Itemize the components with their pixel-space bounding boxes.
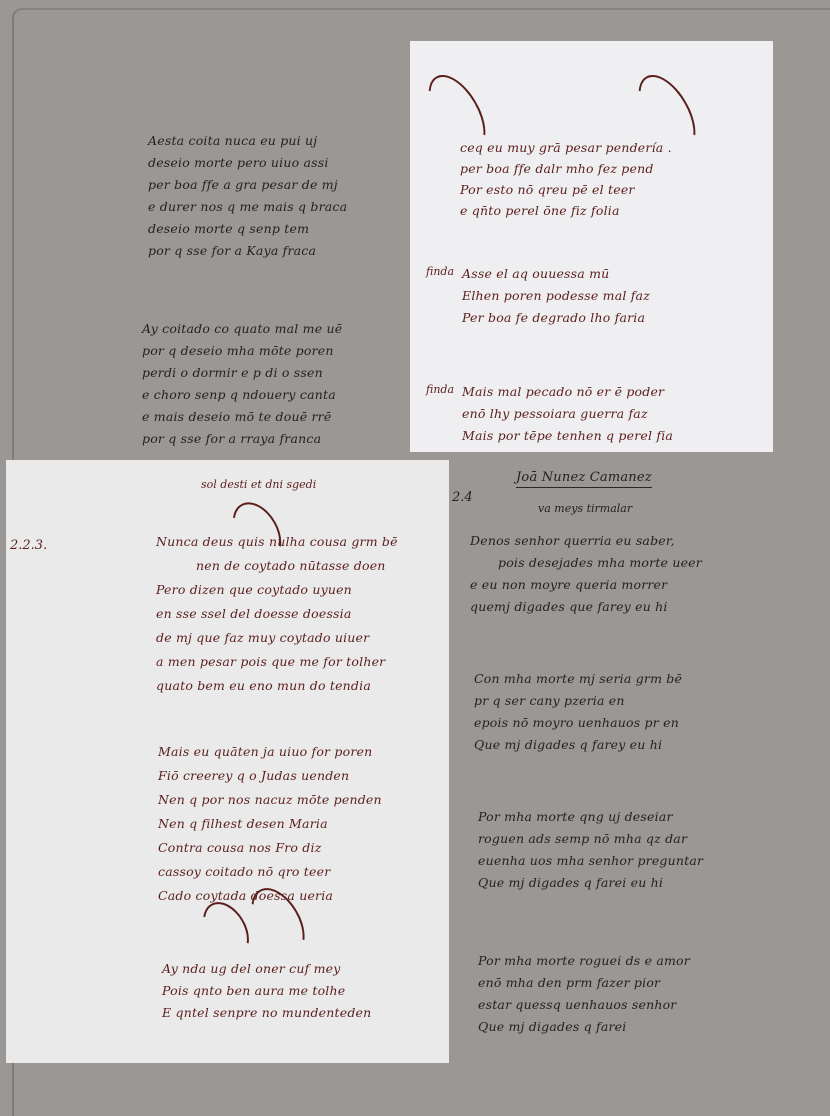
verse-line: e durer nos q me mais q braca — [148, 196, 347, 218]
verse-line: per boa ffe dalr mho fez pend — [460, 158, 672, 179]
upper-right-stanza-3: Mais mal pecado nō er ē poder enō lhy pe… — [462, 381, 673, 447]
lower-right-stanza-1: Denos senhor querria eu saber, pois dese… — [470, 530, 702, 618]
verse-line: epois nō moyro uenhauos pr en — [474, 712, 682, 734]
verse-line: Pois qnto ben aura me tolhe — [162, 980, 371, 1002]
verse-line: Ay nda ug del oner cuf mey — [162, 958, 371, 980]
verse-line: e mais deseio mō te douē rrē — [142, 406, 342, 428]
upper-left-stanza-2: Ay coitado co quato mal me uē por q dese… — [142, 318, 342, 450]
verse-line: Ay coitado co quato mal me uē — [142, 318, 342, 340]
verse-line: pois desejades mha morte ueer — [470, 552, 702, 574]
lower-left-stanza-3: Ay nda ug del oner cuf mey Pois qnto ben… — [162, 958, 371, 1024]
verse-line: enō lhy pessoiara guerra faz — [462, 403, 673, 425]
verse-line: Por esto nō qreu pē el teer — [460, 179, 672, 200]
verse-line: Per boa fe degrado lho faria — [462, 307, 650, 329]
verse-line: por q sse for a rraya franca — [142, 428, 342, 450]
verse-line: Con mha morte mj seria grm bē — [474, 668, 682, 690]
verse-line: Pero dizen que coytado uyuen — [156, 578, 398, 602]
verse-line: Que mj digades q farei eu hi — [478, 872, 703, 894]
author-heading: Joā Nunez Camanez — [516, 470, 652, 488]
verse-line: Contra cousa nos Fro diz — [158, 836, 382, 860]
verse-line: por q sse for a Kaya fraca — [148, 240, 347, 262]
verse-line: quato bem eu eno mun do tendia — [156, 674, 398, 698]
verse-line: Por mha morte roguei ds e amor — [478, 950, 690, 972]
verse-line: por q deseio mha mōte poren — [142, 340, 342, 362]
verse-line: deseio morte pero uiuo assi — [148, 152, 347, 174]
verse-line: roguen ads semp nō mha qz dar — [478, 828, 703, 850]
verse-line: Mais eu quāten ja uiuo for poren — [158, 740, 382, 764]
verse-line: Asse el aq ouuessa mū — [462, 263, 650, 285]
upper-right-stanza-1: ceq eu muy grā pesar pendería . per boa … — [460, 137, 672, 221]
verse-line: estar quessq uenhauos senhor — [478, 994, 690, 1016]
margin-note-finda: finda — [426, 383, 454, 396]
verse-line: Nen q filhest desen Maria — [158, 812, 382, 836]
verse-line: e qn̄to perel ōne fiz folia — [460, 200, 672, 221]
verse-line: Que mj digades q farey eu hi — [474, 734, 682, 756]
lower-right-stanza-3: Por mha morte qng uj deseiar roguen ads … — [478, 806, 703, 894]
verse-line: Elhen poren podesse mal faz — [462, 285, 650, 307]
verse-line: Aesta coita nuca eu pui uj — [148, 130, 347, 152]
number-label: 2.2.3. — [10, 538, 47, 553]
verse-line: en sse ssel del doesse doessia — [156, 602, 398, 626]
subheading: va meys tirmalar — [538, 502, 632, 515]
verse-line: perdi o dormir e p di o ssen — [142, 362, 342, 384]
verse-line: Denos senhor querria eu saber, — [470, 530, 702, 552]
verse-line: per boa ffe a gra pesar de mj — [148, 174, 347, 196]
verse-line: Nunca deus quis nulha cousa grm bē — [156, 530, 398, 554]
verse-line: ceq eu muy grā pesar pendería . — [460, 137, 672, 158]
verse-line: deseio morte q senp tem — [148, 218, 347, 240]
verse-line: Fiō creerey q o Judas uenden — [158, 764, 382, 788]
upper-right-stanza-2: Asse el aq ouuessa mū Elhen poren podess… — [462, 263, 650, 329]
verse-line: Por mha morte qng uj deseiar — [478, 806, 703, 828]
number-label: 2.4 — [452, 490, 473, 505]
verse-line: pr q ser cany pzeria en — [474, 690, 682, 712]
verse-line: Nen q por nos nacuz mōte penden — [158, 788, 382, 812]
verse-line: de mj que faz muy coytado uiuer — [156, 626, 398, 650]
verse-line: a men pesar pois que me for tolher — [156, 650, 398, 674]
verse-line: euenha uos mha senhor preguntar — [478, 850, 703, 872]
lower-left-stanza-2: Mais eu quāten ja uiuo for poren Fiō cre… — [158, 740, 382, 908]
lower-left-stanza-1: Nunca deus quis nulha cousa grm bē nen d… — [156, 530, 398, 698]
verse-line: Mais por tēpe tenhen q perel fia — [462, 425, 673, 447]
verse-line: Que mj digades q farei — [478, 1016, 690, 1038]
lower-right-stanza-2: Con mha morte mj seria grm bē pr q ser c… — [474, 668, 682, 756]
margin-note-finda: finda — [426, 265, 454, 278]
verse-line: e choro senp q ndouery canta — [142, 384, 342, 406]
verse-line: E qntel senpre no mundenteden — [162, 1002, 371, 1024]
verse-line: quemj digades que farey eu hi — [470, 596, 702, 618]
upper-left-stanza-1: Aesta coita nuca eu pui uj deseio morte … — [148, 130, 347, 262]
verse-line: enō mha den prm fazer pior — [478, 972, 690, 994]
verse-line: cassoy coitado nō qro teer — [158, 860, 382, 884]
verse-line: Mais mal pecado nō er ē poder — [462, 381, 673, 403]
lower-right-stanza-4: Por mha morte roguei ds e amor enō mha d… — [478, 950, 690, 1038]
upper-right-panel: ceq eu muy grā pesar pendería . per boa … — [410, 41, 773, 452]
lower-left-panel: sol desti et dni sgedi 2.2.3. Nunca deus… — [6, 460, 449, 1063]
verse-line: e eu non moyre queria morrer — [470, 574, 702, 596]
verse-line: nen de coytado nūtasse doen — [156, 554, 398, 578]
header-note: sol desti et dni sgedi — [201, 478, 316, 491]
